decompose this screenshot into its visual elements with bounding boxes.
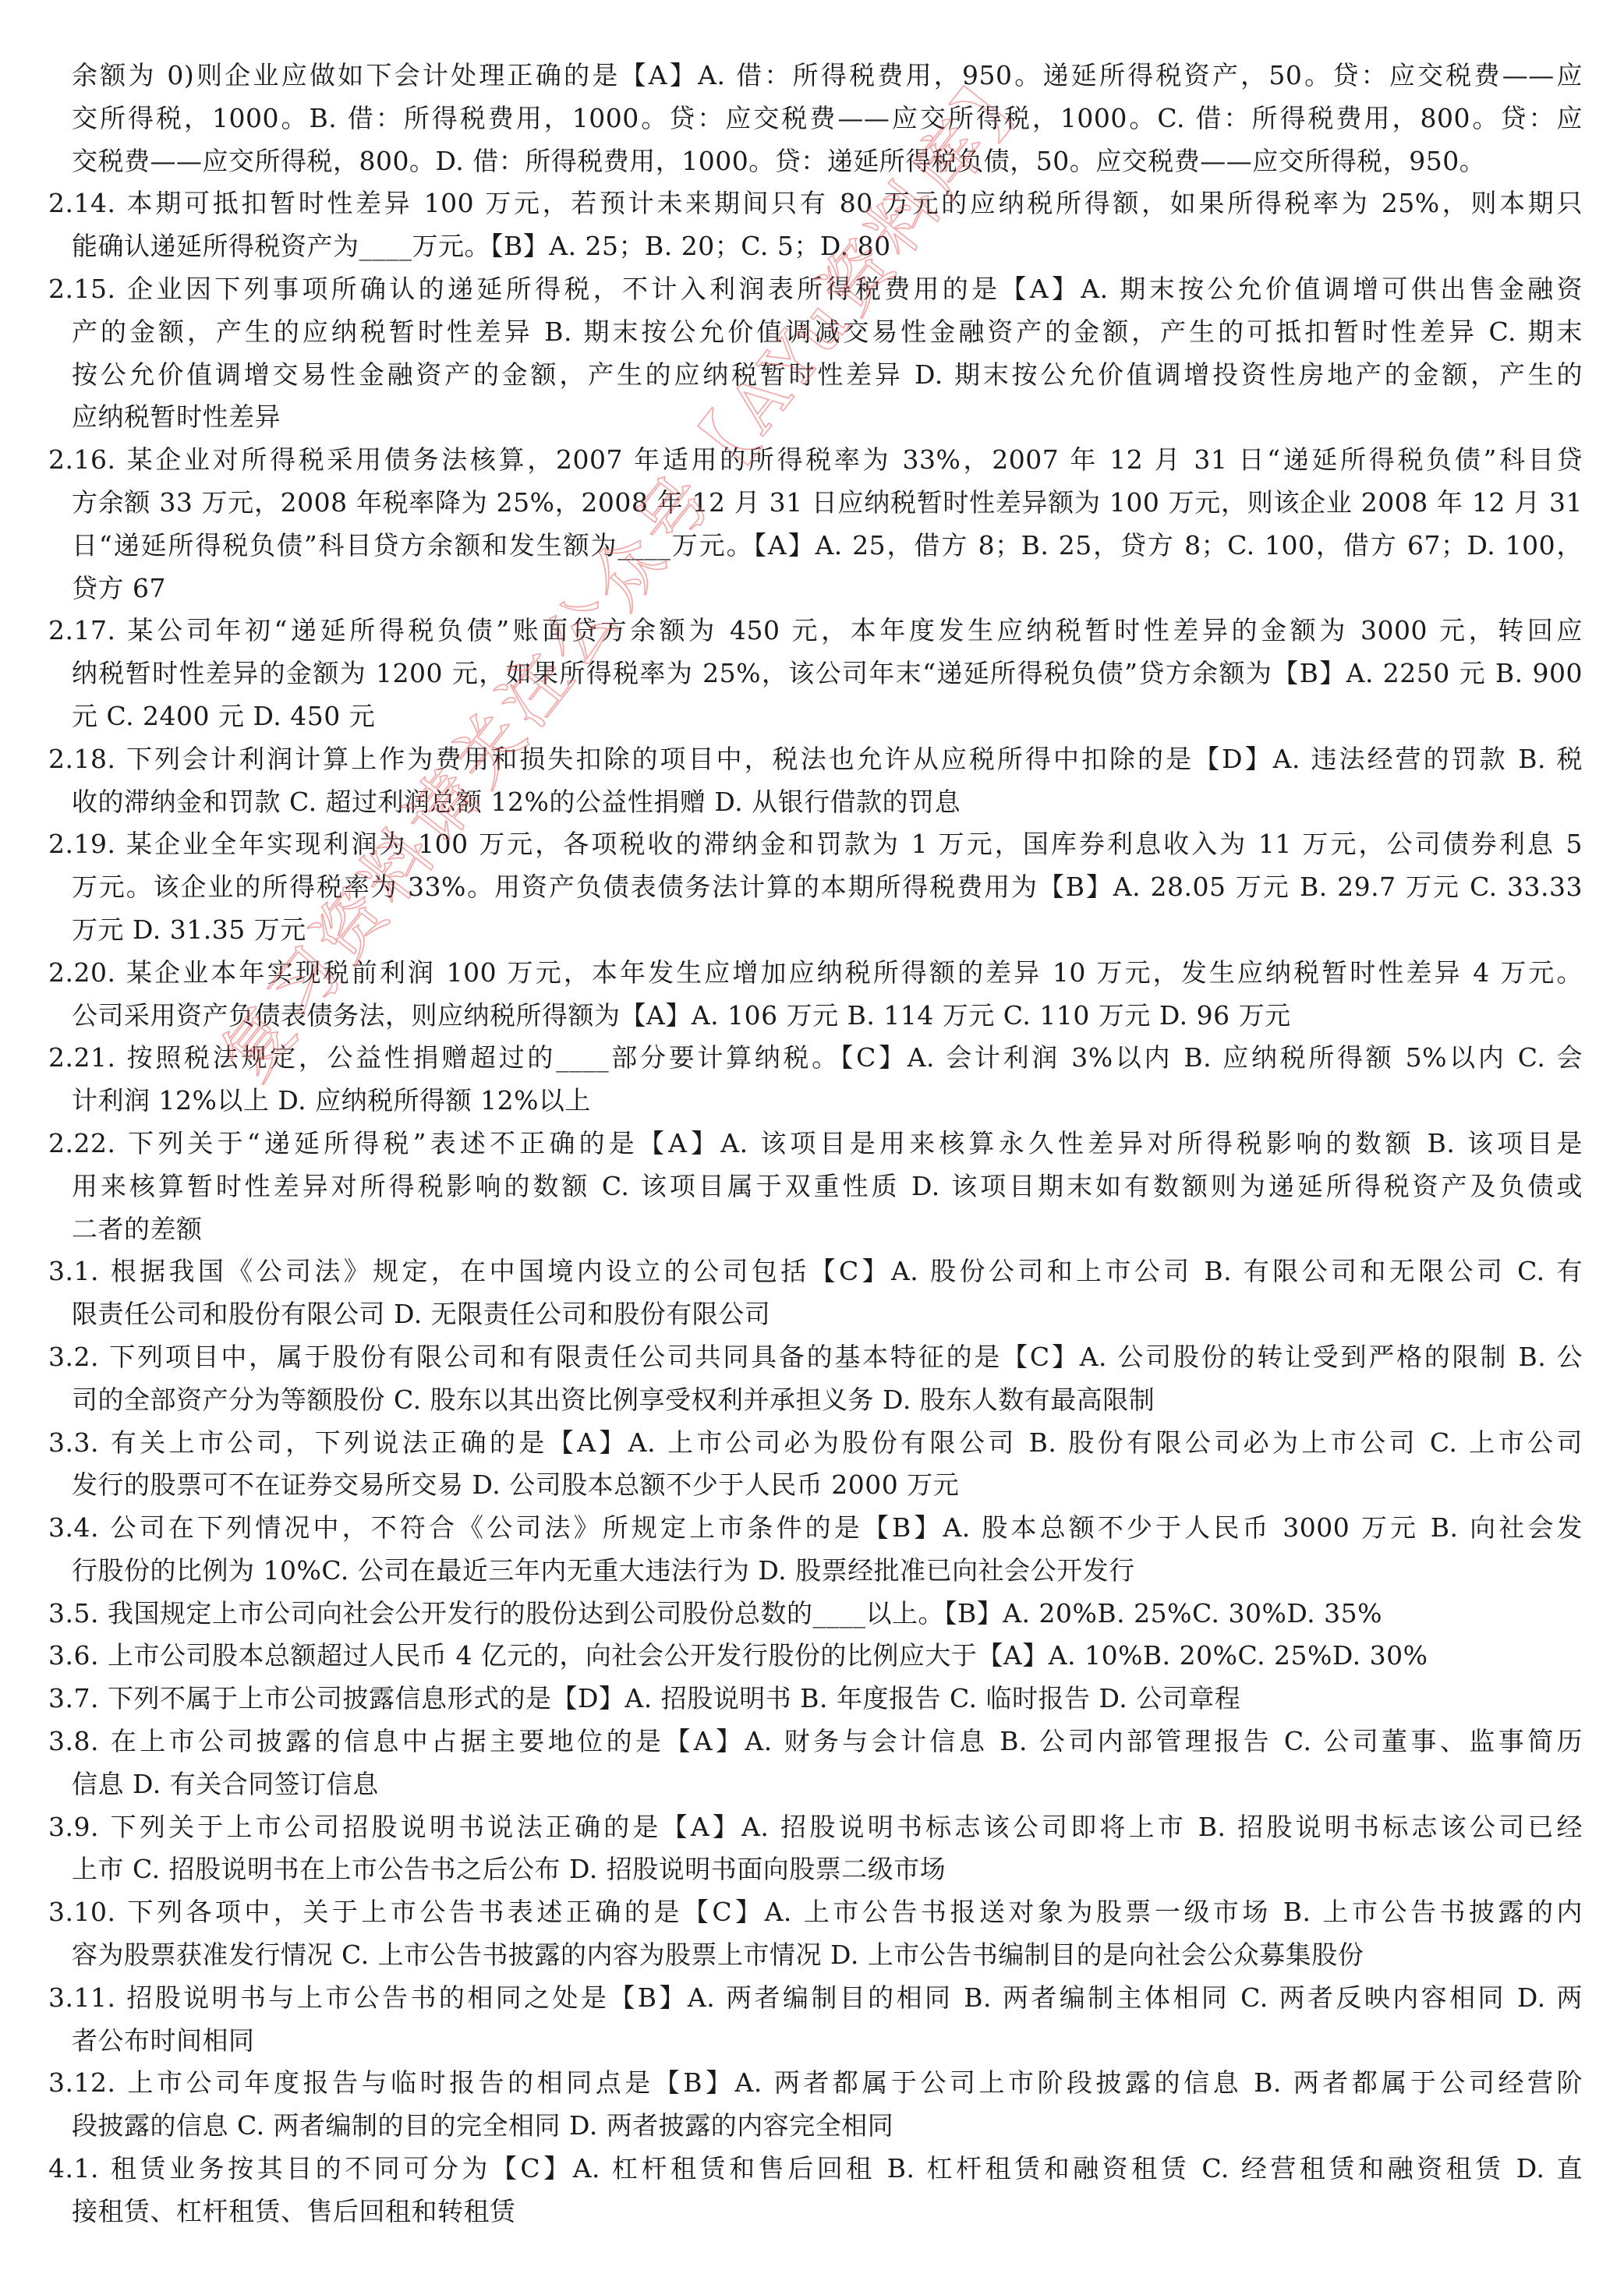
question-line: 信息 D. 有关合同签订信息 xyxy=(72,1763,1583,1806)
question-item: 3.11. 招股说明书与上市公告书的相同之处是【B】A. 两者编制目的相同 B.… xyxy=(0,1977,1624,2063)
question-line: 贷方 67 xyxy=(72,568,1583,610)
question-line-first: 3.11. 招股说明书与上市公告书的相同之处是【B】A. 两者编制目的相同 B.… xyxy=(48,1977,1583,2020)
question-item: 2.19. 某企业全年实现利润为 100 万元，各项税收的滞纳金和罚款为 1 万… xyxy=(0,823,1624,951)
question-item: 2.15. 企业因下列事项所确认的递延所得税，不计入利润表所得税费用的是【A】A… xyxy=(0,268,1624,439)
question-line: 用来核算暂时性差异对所得税影响的数额 C. 该项目属于双重性质 D. 该项目期末… xyxy=(72,1165,1583,1208)
document-page: 余额为 0)则企业应做如下会计处理正确的是【A】A. 借：所得税费用，950。递… xyxy=(0,55,1624,2233)
question-line: 万元 D. 31.35 万元 xyxy=(72,909,1583,952)
question-line-first: 3.2. 下列项目中，属于股份有限公司和有限责任公司共同具备的基本特征的是【C】… xyxy=(48,1336,1583,1379)
question-line: 交税费——应交所得税，800。D. 借：所得税费用，1000。贷：递延所得税负债… xyxy=(72,140,1583,183)
question-line-first: 余额为 0)则企业应做如下会计处理正确的是【A】A. 借：所得税费用，950。递… xyxy=(72,55,1583,97)
question-line: 收的滞纳金和罚款 C. 超过利润总额 12%的公益性捐赠 D. 从银行借款的罚息 xyxy=(72,781,1583,824)
question-line-first: 3.10. 下列各项中，关于上市公告书表述正确的是【C】A. 上市公告书报送对象… xyxy=(48,1891,1583,1934)
question-line-first: 2.18. 下列会计利润计算上作为费用和损失扣除的项目中，税法也允许从应税所得中… xyxy=(48,738,1583,781)
question-item: 2.22. 下列关于“递延所得税”表述不正确的是【A】A. 该项目是用来核算永久… xyxy=(0,1123,1624,1250)
question-item: 3.8. 在上市公司披露的信息中占据主要地位的是【A】A. 财务与会计信息 B.… xyxy=(0,1720,1624,1806)
question-line: 日“递延所得税负债”科目贷方余额和发生额为____万元。【A】A. 25，借方 … xyxy=(72,525,1583,568)
question-line-first: 4.1. 租赁业务按其目的不同可分为【C】A. 杠杆租赁和售后回租 B. 杠杆租… xyxy=(48,2148,1583,2191)
question-line: 公司采用资产负债表债务法，则应纳税所得额为【A】A. 106 万元 B. 114… xyxy=(72,995,1583,1038)
question-item: 余额为 0)则企业应做如下会计处理正确的是【A】A. 借：所得税费用，950。递… xyxy=(0,55,1624,182)
question-line-first: 3.3. 有关上市公司，下列说法正确的是【A】A. 上市公司必为股份有限公司 B… xyxy=(48,1422,1583,1465)
question-line: 司的全部资产分为等额股份 C. 股东以其出资比例享受权利并承担义务 D. 股东人… xyxy=(72,1379,1583,1422)
question-item: 3.2. 下列项目中，属于股份有限公司和有限责任公司共同具备的基本特征的是【C】… xyxy=(0,1336,1624,1422)
question-item: 2.20. 某企业本年实现税前利润 100 万元，本年发生应增加应纳税所得额的差… xyxy=(0,952,1624,1038)
question-line: 计利润 12%以上 D. 应纳税所得额 12%以上 xyxy=(72,1080,1583,1123)
question-item: 3.5. 我国规定上市公司向社会公开发行的股份达到公司股份总数的____以上。【… xyxy=(0,1593,1624,1635)
question-line: 方余额 33 万元，2008 年税率降为 25%，2008 年 12 月 31 … xyxy=(72,482,1583,525)
question-line: 元 C. 2400 元 D. 450 元 xyxy=(72,695,1583,738)
question-item: 3.3. 有关上市公司，下列说法正确的是【A】A. 上市公司必为股份有限公司 B… xyxy=(0,1422,1624,1508)
question-line-first: 3.1. 根据我国《公司法》规定，在中国境内设立的公司包括【C】A. 股份公司和… xyxy=(48,1250,1583,1293)
question-item: 3.9. 下列关于上市公司招股说明书说法正确的是【A】A. 招股说明书标志该公司… xyxy=(0,1806,1624,1892)
question-line: 接租赁、杠杆租赁、售后回租和转租赁 xyxy=(72,2191,1583,2233)
question-line-first: 3.6. 上市公司股本总额超过人民币 4 亿元的，向社会公开发行股份的比例应大于… xyxy=(48,1635,1583,1678)
question-line-first: 3.9. 下列关于上市公司招股说明书说法正确的是【A】A. 招股说明书标志该公司… xyxy=(48,1806,1583,1849)
question-item: 3.1. 根据我国《公司法》规定，在中国境内设立的公司包括【C】A. 股份公司和… xyxy=(0,1250,1624,1336)
question-line: 纳税暂时性差异的金额为 1200 元，如果所得税率为 25%，该公司年末“递延所… xyxy=(72,652,1583,695)
question-line: 行股份的比例为 10%C. 公司在最近三年内无重大违法行为 D. 股票经批准已向… xyxy=(72,1550,1583,1593)
question-item: 4.1. 租赁业务按其目的不同可分为【C】A. 杠杆租赁和售后回租 B. 杠杆租… xyxy=(0,2148,1624,2233)
question-line-first: 3.8. 在上市公司披露的信息中占据主要地位的是【A】A. 财务与会计信息 B.… xyxy=(48,1720,1583,1763)
question-line-first: 2.15. 企业因下列事项所确认的递延所得税，不计入利润表所得税费用的是【A】A… xyxy=(48,268,1583,311)
question-line: 限责任公司和股份有限公司 D. 无限责任公司和股份有限公司 xyxy=(72,1293,1583,1336)
question-line-first: 2.17. 某公司年初“递延所得税负债”账面贷方余额为 450 元，本年度发生应… xyxy=(48,610,1583,652)
question-item: 2.14. 本期可抵扣暂时性差异 100 万元，若预计未来期间只有 80 万元的… xyxy=(0,182,1624,268)
question-line-first: 3.4. 公司在下列情况中，不符合《公司法》所规定上市条件的是【B】A. 股本总… xyxy=(48,1507,1583,1550)
question-line: 段披露的信息 C. 两者编制的目的完全相同 D. 两者披露的内容完全相同 xyxy=(72,2105,1583,2148)
question-line-first: 3.12. 上市公司年度报告与临时报告的相同点是【B】A. 两者都属于公司上市阶… xyxy=(48,2062,1583,2105)
question-line-first: 3.7. 下列不属于上市公司披露信息形式的是【D】A. 招股说明书 B. 年度报… xyxy=(48,1678,1583,1720)
question-line-first: 2.22. 下列关于“递延所得税”表述不正确的是【A】A. 该项目是用来核算永久… xyxy=(48,1123,1583,1165)
question-line: 上市 C. 招股说明书在上市公告书之后公布 D. 招股说明书面向股票二级市场 xyxy=(72,1848,1583,1891)
question-line: 按公允价值调增交易性金融资产的金额，产生的应纳税暂时性差异 D. 期末按公允价值… xyxy=(72,354,1583,397)
question-line: 万元。该企业的所得税率为 33%。用资产负债表债务法计算的本期所得税费用为【B】… xyxy=(72,866,1583,909)
question-line-first: 2.16. 某企业对所得税采用债务法核算，2007 年适用的所得税率为 33%，… xyxy=(48,439,1583,482)
question-line: 容为股票获准发行情况 C. 上市公告书披露的内容为股票上市情况 D. 上市公告书… xyxy=(72,1934,1583,1977)
question-line-first: 2.20. 某企业本年实现税前利润 100 万元，本年发生应增加应纳税所得额的差… xyxy=(48,952,1583,995)
question-item: 2.21. 按照税法规定，公益性捐赠超过的____部分要计算纳税。【C】A. 会… xyxy=(0,1037,1624,1123)
question-line: 应纳税暂时性差异 xyxy=(72,396,1583,439)
question-line: 交所得税，1000。B. 借：所得税费用，1000。贷：应交税费——应交所得税，… xyxy=(72,97,1583,140)
question-item: 3.12. 上市公司年度报告与临时报告的相同点是【B】A. 两者都属于公司上市阶… xyxy=(0,2062,1624,2148)
question-line-first: 2.19. 某企业全年实现利润为 100 万元，各项税收的滞纳金和罚款为 1 万… xyxy=(48,823,1583,866)
question-line: 能确认递延所得税资产为____万元。【B】A. 25；B. 20；C. 5；D.… xyxy=(72,225,1583,268)
question-line-first: 2.21. 按照税法规定，公益性捐赠超过的____部分要计算纳税。【C】A. 会… xyxy=(48,1037,1583,1080)
question-item: 3.4. 公司在下列情况中，不符合《公司法》所规定上市条件的是【B】A. 股本总… xyxy=(0,1507,1624,1593)
question-line: 产的金额，产生的应纳税暂时性差异 B. 期末按公允价值调减交易性金融资产的金额，… xyxy=(72,311,1583,354)
question-line: 二者的差额 xyxy=(72,1208,1583,1251)
question-item: 3.10. 下列各项中，关于上市公告书表述正确的是【C】A. 上市公告书报送对象… xyxy=(0,1891,1624,1977)
question-line-first: 2.14. 本期可抵扣暂时性差异 100 万元，若预计未来期间只有 80 万元的… xyxy=(48,182,1583,225)
question-item: 2.17. 某公司年初“递延所得税负债”账面贷方余额为 450 元，本年度发生应… xyxy=(0,610,1624,737)
question-item: 2.16. 某企业对所得税采用债务法核算，2007 年适用的所得税率为 33%，… xyxy=(0,439,1624,610)
question-item: 3.7. 下列不属于上市公司披露信息形式的是【D】A. 招股说明书 B. 年度报… xyxy=(0,1678,1624,1720)
question-line: 发行的股票可不在证券交易所交易 D. 公司股本总额不少于人民币 2000 万元 xyxy=(72,1464,1583,1507)
question-item: 2.18. 下列会计利润计算上作为费用和损失扣除的项目中，税法也允许从应税所得中… xyxy=(0,738,1624,824)
question-item: 3.6. 上市公司股本总额超过人民币 4 亿元的，向社会公开发行股份的比例应大于… xyxy=(0,1635,1624,1678)
question-line: 者公布时间相同 xyxy=(72,2020,1583,2063)
question-line-first: 3.5. 我国规定上市公司向社会公开发行的股份达到公司股份总数的____以上。【… xyxy=(48,1593,1583,1635)
